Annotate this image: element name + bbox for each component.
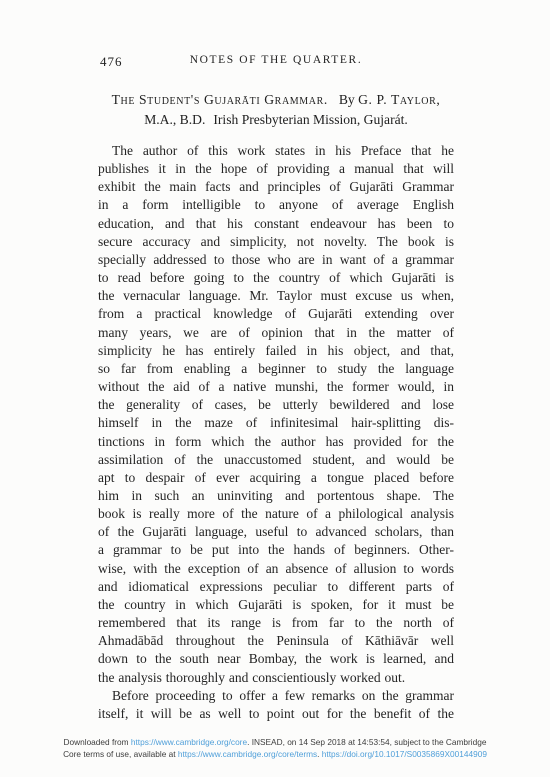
cambridge-terms-link[interactable]: https://www.cambridge.org/core/terms: [178, 749, 317, 759]
body-line: remembered that its range is from far to…: [98, 614, 454, 632]
body-line: the generality of cases, be utterly bewi…: [98, 396, 454, 414]
body-line: The author of this work states in his Pr…: [98, 142, 454, 160]
body-line: the analysis thoroughly and conscientiou…: [98, 669, 454, 687]
footer-line-2: Core terms of use, available at https://…: [0, 749, 550, 761]
footer-line-1: Downloaded from https://www.cambridge.or…: [0, 737, 550, 749]
doi-link[interactable]: https://doi.org/10.1017/S0035869X0014490…: [322, 749, 487, 759]
footer-downloaded-from: Downloaded from: [64, 737, 131, 747]
body-line: publishes it in the hope of providing a …: [98, 160, 454, 178]
running-head-title: NOTES OF THE QUARTER.: [98, 54, 454, 66]
footer-terms-text: Core terms of use, available at: [63, 749, 178, 759]
body-line: tinctions in form which the author has p…: [98, 433, 454, 451]
body-line: and idiomatical expressions peculiar to …: [98, 578, 454, 596]
body-line: to read before going to the country of w…: [98, 269, 454, 287]
body-line: education, and that his constant endeavo…: [98, 215, 454, 233]
body-line: book is really more of the nature of a p…: [98, 505, 454, 523]
article-title-author: G. P. Taylor,: [358, 92, 440, 107]
page-number: 476: [100, 54, 123, 70]
body-line: in a form intelligible to anyone of aver…: [98, 196, 454, 214]
body-line: him in such an uninviting and portentous…: [98, 487, 454, 505]
article-title-line-2: M.A., B.D.Irish Presbyterian Mission, Gu…: [92, 110, 460, 130]
body-line: exhibit the main facts and principles of…: [98, 178, 454, 196]
author-degrees: M.A., B.D.: [144, 112, 205, 127]
body-line: specially addressed to those who are in …: [98, 251, 454, 269]
body-line: assimilation of the unaccustomed student…: [98, 451, 454, 469]
article-title: The Student's Gujarāti Grammar.By G. P. …: [92, 90, 460, 129]
body-line: a grammar to be put into the hands of be…: [98, 541, 454, 559]
body-line: apt to despair of ever acquiring a tongu…: [98, 469, 454, 487]
article-title-by: By: [339, 92, 355, 107]
body-line: the vernacular language. Mr. Taylor must…: [98, 287, 454, 305]
body-line: down to the south near Bombay, the work …: [98, 650, 454, 668]
body-line: many years, we are of opinion that in th…: [98, 324, 454, 342]
cambridge-footer: Downloaded from https://www.cambridge.or…: [0, 737, 550, 760]
body-line: himself in the maze of infinitesimal hai…: [98, 414, 454, 432]
footer-access-info: . INSEAD, on 14 Sep 2018 at 14:53:54, su…: [247, 737, 486, 747]
article-title-line-1: The Student's Gujarāti Grammar.By G. P. …: [92, 90, 460, 110]
scanned-journal-page: 476 NOTES OF THE QUARTER. The Student's …: [0, 0, 550, 777]
body-line: simplicity he has entirely failed in his…: [98, 342, 454, 360]
body-line: the country in which Gujarāti is spoken,…: [98, 596, 454, 614]
body-line: Ahmadābād throughout the Peninsula of Kā…: [98, 632, 454, 650]
body-line: from a practical knowledge of Gujarāti e…: [98, 305, 454, 323]
body-line: of the Gujarāti language, useful to adva…: [98, 523, 454, 541]
body-line: itself, it will be as well to point out …: [98, 705, 454, 723]
body-line: secure accuracy and simplicity, not nove…: [98, 233, 454, 251]
running-header: 476 NOTES OF THE QUARTER.: [98, 54, 454, 72]
cambridge-core-link[interactable]: https://www.cambridge.org/core: [131, 737, 247, 747]
body-line: without the aid of a native munshi, the …: [98, 378, 454, 396]
author-affiliation: Irish Presbyterian Mission, Gujarát.: [213, 112, 407, 127]
article-title-main: The Student's Gujarāti Grammar.: [112, 92, 328, 107]
body-line: wise, with the exception of an absence o…: [98, 560, 454, 578]
article-body: The author of this work states in his Pr…: [98, 142, 454, 723]
body-line: so far from enabling a beginner to study…: [98, 360, 454, 378]
body-line: Before proceeding to offer a few remarks…: [98, 687, 454, 705]
